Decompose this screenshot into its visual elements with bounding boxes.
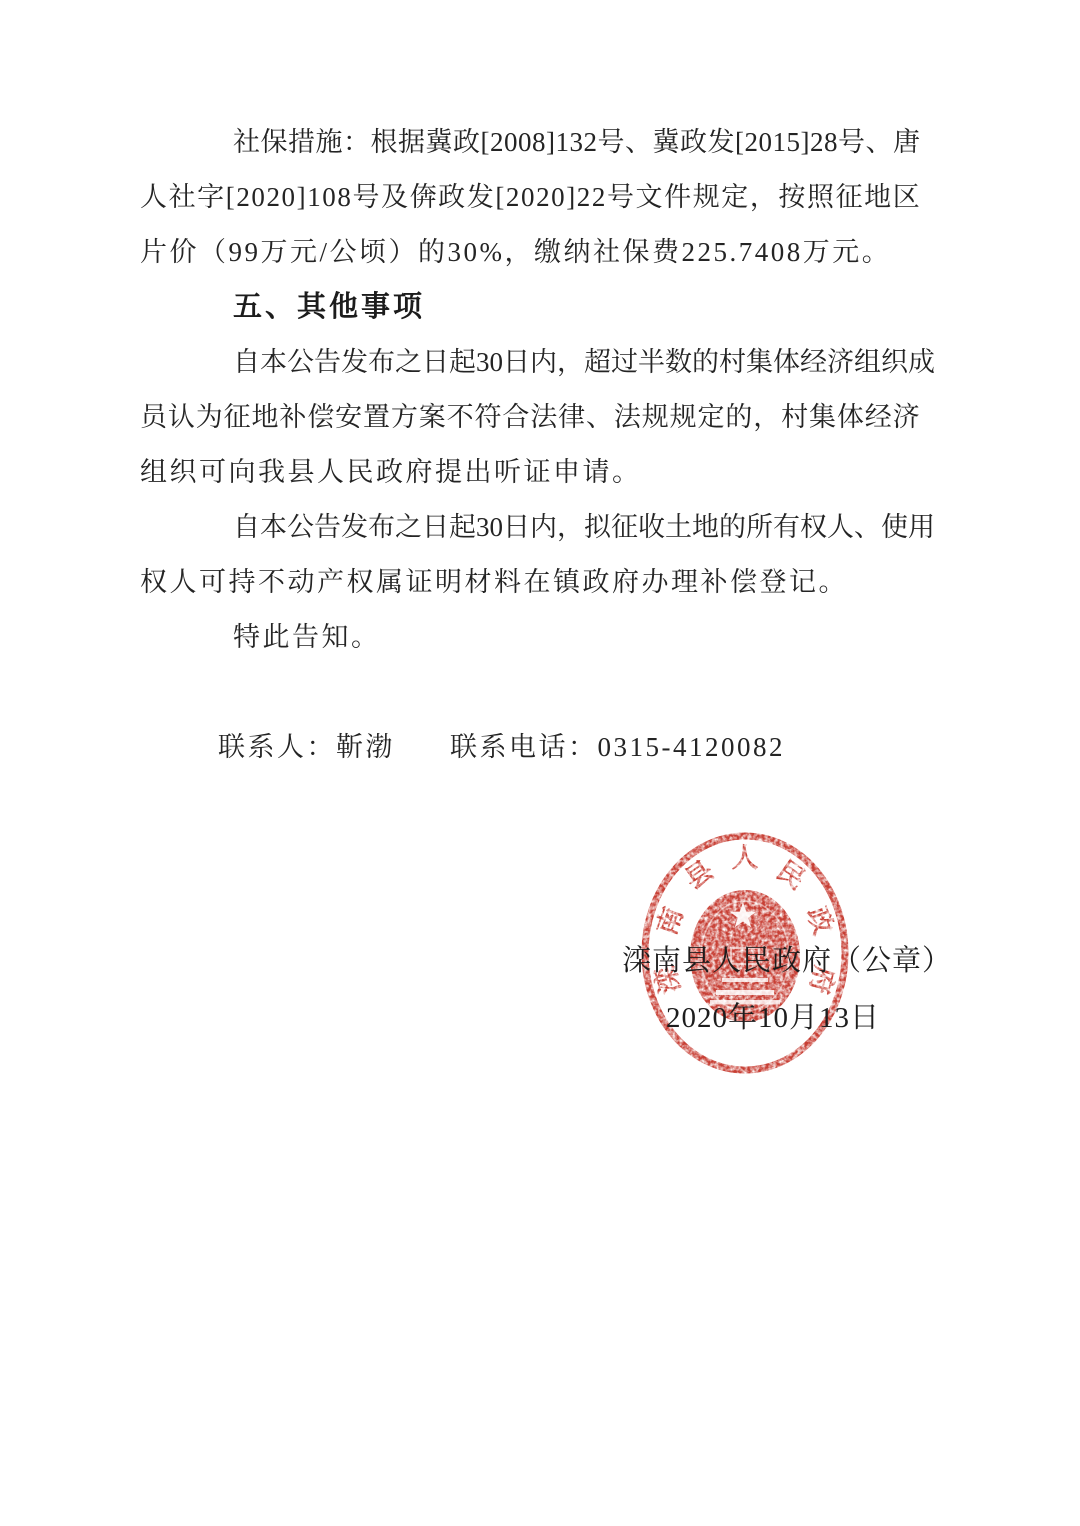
document-page: 社保措施：根据冀政[2008]132号、冀政发[2015]28号、唐 人社字[2… bbox=[0, 0, 1080, 1526]
text-line: 社保措施：根据冀政[2008]132号、冀政发[2015]28号、唐 bbox=[140, 115, 920, 170]
paragraph-compensation-registration: 自本公告发布之日起30日内，拟征收土地的所有权人、使用 权人可持不动产权属证明材… bbox=[140, 500, 920, 610]
paragraph-hearing-request: 自本公告发布之日起30日内，超过半数的村集体经济组织成 员认为征地补偿安置方案不… bbox=[140, 335, 920, 500]
text-line: 权人可持不动产权属证明材料在镇政府办理补偿登记。 bbox=[140, 555, 920, 610]
contact-line: 联系人：靳渤联系电话：0315-4120082 bbox=[140, 720, 920, 775]
contact-phone-label: 联系电话： bbox=[450, 732, 598, 762]
signature-issuer: 滦南县人民政府（公章） bbox=[622, 938, 952, 979]
blank-line bbox=[140, 665, 920, 720]
seal-char: 人 bbox=[732, 843, 759, 873]
seal-char: 政 bbox=[801, 903, 838, 939]
section-heading-other-matters: 五、其他事项 bbox=[140, 280, 920, 335]
text-line: 自本公告发布之日起30日内，超过半数的村集体经济组织成 bbox=[140, 335, 920, 390]
text-line: 组织可向我县人民政府提出听证申请。 bbox=[140, 445, 920, 500]
contact-person-name: 靳渤 bbox=[336, 732, 395, 762]
contact-phone-number: 0315-4120082 bbox=[598, 732, 786, 762]
contact-person-label: 联系人： bbox=[218, 732, 336, 762]
text-line: 片价（99万元/公顷）的30%，缴纳社保费225.7408万元。 bbox=[140, 225, 920, 280]
text-line: 员认为征地补偿安置方案不符合法律、法规规定的，村集体经济 bbox=[140, 390, 920, 445]
signature-date: 2020年10月13日 bbox=[666, 995, 880, 1036]
seal-char: 南 bbox=[651, 903, 688, 939]
paragraph-social-security: 社保措施：根据冀政[2008]132号、冀政发[2015]28号、唐 人社字[2… bbox=[140, 115, 920, 280]
document-body: 社保措施：根据冀政[2008]132号、冀政发[2015]28号、唐 人社字[2… bbox=[140, 115, 920, 775]
text-line: 人社字[2020]108号及倴政发[2020]22号文件规定，按照征地区 bbox=[140, 170, 920, 225]
closing-statement: 特此告知。 bbox=[140, 610, 920, 665]
text-line: 自本公告发布之日起30日内，拟征收土地的所有权人、使用 bbox=[140, 500, 920, 555]
